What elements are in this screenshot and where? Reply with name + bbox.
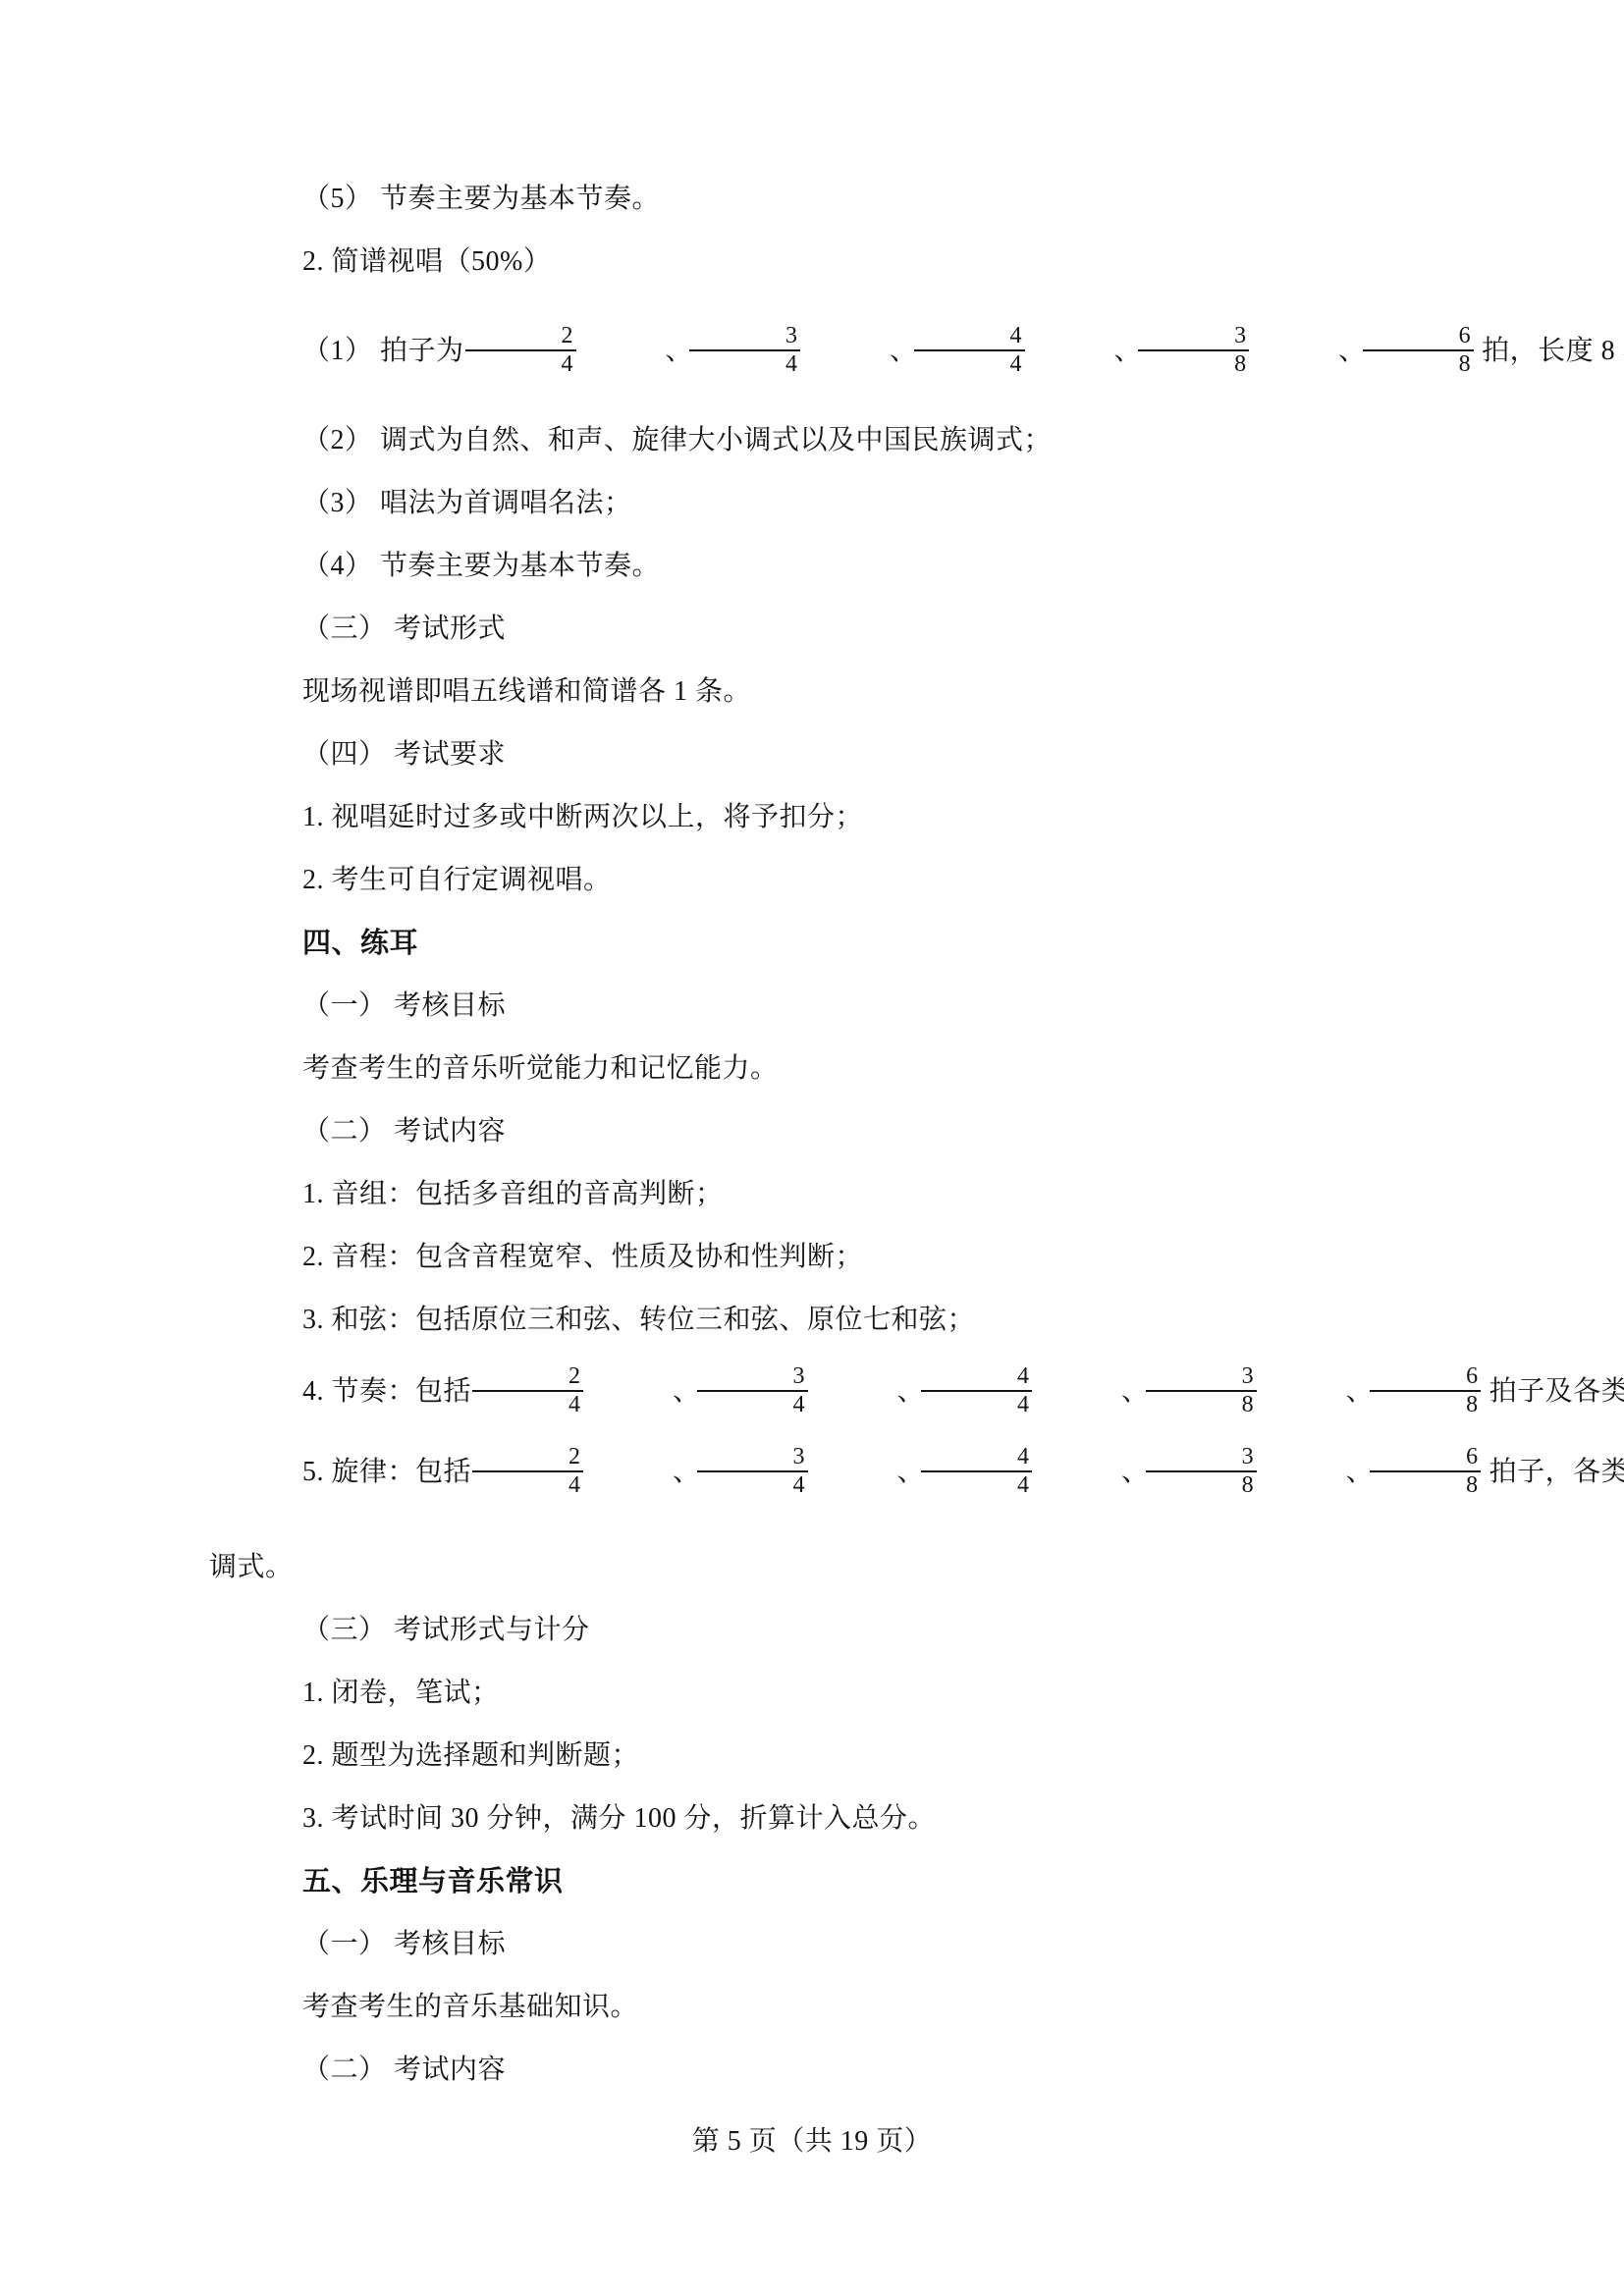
section-heading: 五、乐理与音乐常识	[209, 1850, 1427, 1913]
text-run: 调式。	[209, 1552, 294, 1582]
fraction-numerator: 3	[1138, 323, 1249, 349]
time-signature-fraction-4-4: 44	[914, 323, 1025, 378]
text-run: 3. 和弦：包括原位三和弦、转位三和弦、原位七和弦；	[302, 1305, 975, 1335]
fraction-separator: 、	[1021, 294, 1143, 409]
text-run: 1. 音组：包括多音组的音高判断；	[302, 1179, 724, 1209]
fraction-denominator: 4	[465, 349, 576, 378]
paragraph: 现场视谱即唱五线谱和简谱各 1 条。	[209, 661, 1427, 723]
subsection-heading: （一） 考核目标	[209, 975, 1427, 1038]
text-run: 四、练耳	[302, 928, 418, 959]
page-footer: 第 5 页（共 19 页）	[0, 2116, 1624, 2167]
text-run: （四） 考试要求	[302, 739, 506, 770]
numbered-item: 3. 和弦：包括原位三和弦、转位三和弦、原位七和弦；	[209, 1289, 1427, 1352]
text-run: 3. 考试时间 30 分钟，满分 100 分，折算计入总分。	[302, 1803, 936, 1834]
text-run: （3） 唱法为首调唱名法；	[302, 488, 632, 518]
text-run: 考查考生的音乐听觉能力和记忆能力。	[302, 1053, 779, 1084]
time-signature-fraction-3-4: 34	[689, 323, 800, 378]
subsection-heading: （一） 考核目标	[209, 1913, 1427, 1976]
time-signature-fraction-2-4: 24	[472, 1444, 583, 1499]
time-signature-fraction-2-4: 24	[465, 323, 576, 378]
time-signature-fraction-6-8: 68	[1363, 323, 1474, 378]
fraction-denominator: 4	[472, 1390, 583, 1418]
sub-item: （5） 节奏主要为基本节奏。	[209, 168, 1427, 231]
text-run: （5） 节奏主要为基本节奏。	[302, 184, 660, 214]
fraction-denominator: 4	[697, 1390, 808, 1418]
fraction-denominator: 4	[921, 1390, 1032, 1418]
time-signature-fraction-3-8: 38	[1146, 1363, 1257, 1418]
text-run: （二） 考试内容	[302, 2055, 506, 2085]
fraction-denominator: 8	[1146, 1470, 1257, 1499]
sub-item: （3） 唱法为首调唱名法；	[209, 472, 1427, 535]
text-run: 1. 闭卷，笔试；	[302, 1678, 500, 1708]
text-run: 五、乐理与音乐常识	[302, 1866, 564, 1897]
time-signature-fraction-3-4: 34	[697, 1444, 808, 1499]
fraction-separator: 、	[804, 1432, 926, 1513]
fraction-numerator: 6	[1370, 1444, 1481, 1470]
time-signature-fraction-6-8: 68	[1370, 1363, 1481, 1418]
fraction-denominator: 8	[1138, 349, 1249, 378]
fraction-numerator: 2	[472, 1363, 583, 1390]
fraction-denominator: 4	[472, 1470, 583, 1499]
document-page: （5） 节奏主要为基本节奏。2. 简谱视唱（50%）（1） 拍子为24、34、4…	[0, 0, 1624, 2296]
section-heading: 四、练耳	[209, 912, 1427, 975]
text-run: 2. 考生可自行定调视唱。	[302, 865, 612, 895]
fraction-separator: 、	[1253, 1352, 1375, 1432]
text-run: （1） 拍子为	[302, 336, 464, 366]
fraction-numerator: 3	[1146, 1444, 1257, 1470]
fraction-denominator: 8	[1370, 1470, 1481, 1499]
numbered-item: 1. 视唱延时过多或中断两次以上，将予扣分；	[209, 786, 1427, 849]
numbered-item: 5. 旋律：包括24、34、44、38、68 拍子，各类音型，自然、和声、旋律大…	[209, 1432, 1427, 1513]
time-signature-fraction-4-4: 44	[921, 1444, 1032, 1499]
fraction-numerator: 4	[921, 1363, 1032, 1390]
text-run: 拍子，各类音型，自然、和声、旋律大小调式以及中国民族	[1482, 1457, 1624, 1487]
sub-item: （2） 调式为自然、和声、旋律大小调式以及中国民族调式；	[209, 409, 1427, 472]
fraction-denominator: 4	[921, 1470, 1032, 1499]
text-run: （三） 考试形式	[302, 614, 506, 644]
page-number-text: 第 5 页（共 19 页）	[692, 2126, 933, 2157]
numbered-item: 2. 考生可自行定调视唱。	[209, 849, 1427, 912]
numbered-item: 2. 简谱视唱（50%）	[209, 231, 1427, 294]
fraction-numerator: 6	[1370, 1363, 1481, 1390]
fraction-denominator: 4	[697, 1470, 808, 1499]
text-run: 5. 旋律：包括	[302, 1457, 471, 1487]
fraction-separator: 、	[579, 1432, 701, 1513]
subsection-heading: （二） 考试内容	[209, 2039, 1427, 2102]
fraction-separator: 、	[572, 294, 694, 409]
text-run: （三） 考试形式与计分	[302, 1615, 590, 1645]
fraction-denominator: 4	[914, 349, 1025, 378]
numbered-item: 1. 闭卷，笔试；	[209, 1662, 1427, 1725]
fraction-separator: 、	[1028, 1432, 1150, 1513]
text-run: 2. 简谱视唱（50%）	[302, 246, 551, 277]
numbered-item: 2. 题型为选择题和判断题；	[209, 1725, 1427, 1788]
fraction-separator: 、	[1253, 1432, 1375, 1513]
text-run: （一） 考核目标	[302, 1929, 506, 1959]
time-signature-fraction-3-8: 38	[1146, 1444, 1257, 1499]
subsection-heading: （四） 考试要求	[209, 723, 1427, 786]
text-run: 考查考生的音乐基础知识。	[302, 1992, 638, 2022]
fraction-numerator: 3	[697, 1444, 808, 1470]
text-run: 拍，长度 8 小节以内；	[1475, 336, 1624, 366]
numbered-item: 2. 音程：包含音程宽窄、性质及协和性判断；	[209, 1226, 1427, 1289]
text-run: 2. 音程：包含音程宽窄、性质及协和性判断；	[302, 1242, 863, 1272]
fraction-separator: 、	[1028, 1352, 1150, 1432]
text-run: 4. 节奏：包括	[302, 1376, 471, 1407]
text-run: （二） 考试内容	[302, 1116, 506, 1147]
fraction-denominator: 4	[689, 349, 800, 378]
text-run: 1. 视唱延时过多或中断两次以上，将予扣分；	[302, 802, 863, 832]
text-run: 现场视谱即唱五线谱和简谱各 1 条。	[302, 676, 751, 707]
time-signature-fraction-2-4: 24	[472, 1363, 583, 1418]
fraction-separator: 、	[579, 1352, 701, 1432]
numbered-item: 1. 音组：包括多音组的音高判断；	[209, 1163, 1427, 1226]
fraction-denominator: 8	[1370, 1390, 1481, 1418]
time-signature-fraction-6-8: 68	[1370, 1444, 1481, 1499]
fraction-separator: 、	[796, 294, 918, 409]
subsection-heading: （三） 考试形式与计分	[209, 1599, 1427, 1662]
fraction-numerator: 4	[921, 1444, 1032, 1470]
text-run: 2. 题型为选择题和判断题；	[302, 1740, 639, 1771]
time-signature-fraction-3-4: 34	[697, 1363, 808, 1418]
numbered-item: 4. 节奏：包括24、34、44、38、68 拍子及各类基本节奏型；	[209, 1352, 1427, 1432]
text-run: 拍子及各类基本节奏型；	[1482, 1376, 1624, 1407]
sub-item: （1） 拍子为24、34、44、38、68 拍，长度 8 小节以内；	[209, 294, 1427, 409]
fraction-denominator: 8	[1363, 349, 1474, 378]
fraction-numerator: 3	[697, 1363, 808, 1390]
paragraph: 考查考生的音乐听觉能力和记忆能力。	[209, 1038, 1427, 1100]
fraction-separator: 、	[1245, 294, 1367, 409]
text-run: （2） 调式为自然、和声、旋律大小调式以及中国民族调式；	[302, 425, 1052, 455]
fraction-numerator: 3	[1146, 1363, 1257, 1390]
paragraph: 调式。	[209, 1536, 1427, 1599]
subsection-heading: （二） 考试内容	[209, 1100, 1427, 1163]
time-signature-fraction-4-4: 44	[921, 1363, 1032, 1418]
fraction-numerator: 6	[1363, 323, 1474, 349]
subsection-heading: （三） 考试形式	[209, 598, 1427, 661]
numbered-item: 3. 考试时间 30 分钟，满分 100 分，折算计入总分。	[209, 1788, 1427, 1850]
time-signature-fraction-3-8: 38	[1138, 323, 1249, 378]
fraction-numerator: 2	[472, 1444, 583, 1470]
document-body: （5） 节奏主要为基本节奏。2. 简谱视唱（50%）（1） 拍子为24、34、4…	[209, 168, 1427, 2102]
fraction-numerator: 2	[465, 323, 576, 349]
sub-item: （4） 节奏主要为基本节奏。	[209, 535, 1427, 598]
fraction-numerator: 4	[914, 323, 1025, 349]
text-run: （4） 节奏主要为基本节奏。	[302, 551, 660, 581]
fraction-separator: 、	[804, 1352, 926, 1432]
fraction-denominator: 8	[1146, 1390, 1257, 1418]
text-run: （一） 考核目标	[302, 990, 506, 1021]
fraction-numerator: 3	[689, 323, 800, 349]
paragraph: 考查考生的音乐基础知识。	[209, 1976, 1427, 2039]
